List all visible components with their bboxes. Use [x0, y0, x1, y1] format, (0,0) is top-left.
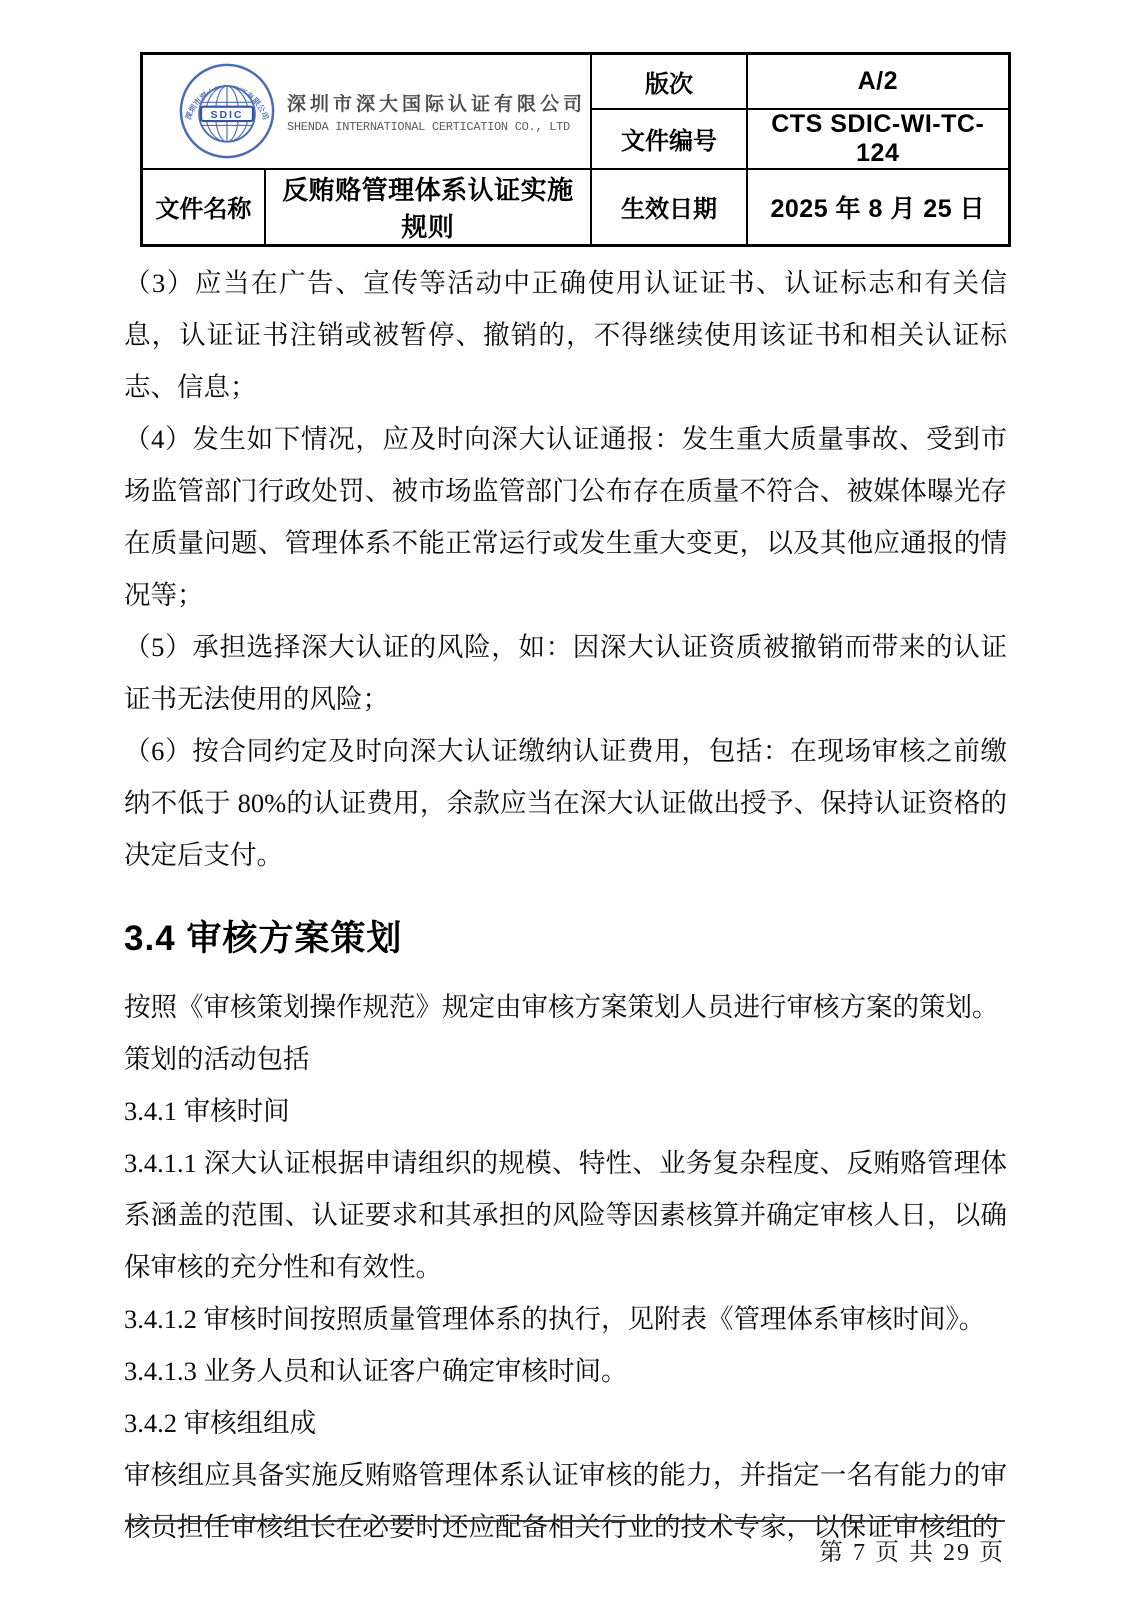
page-number: 第 7 页 共 29 页 [819, 1540, 1005, 1566]
paragraph-item-4: （4）发生如下情况，应及时向深大认证通报：发生重大质量事故、受到市场监管部门行政… [124, 413, 1007, 621]
company-identity: 深圳市深大国际认证有限公司 SDIC [147, 63, 586, 159]
effective-date-label: 生效日期 [591, 169, 747, 246]
company-logo-icon: 深圳市深大国际认证有限公司 SDIC [179, 63, 275, 159]
subsection-3-4-2: 3.4.2 审核组组成 [124, 1397, 1007, 1449]
paragraph-plan-activities: 策划的活动包括 [124, 1033, 1007, 1085]
paragraph-item-3: （3）应当在广告、宣传等活动中正确使用认证证书、认证标志和有关信息，认证证书注销… [124, 257, 1007, 413]
paragraph-audit-plan-intro: 按照《审核策划操作规范》规定由审核方案策划人员进行审核方案的策划。 [124, 981, 1007, 1033]
company-name-cn: 深圳市深大国际认证有限公司 [287, 89, 586, 116]
document-page: 深圳市深大国际认证有限公司 SDIC [0, 0, 1131, 1600]
document-body: （3）应当在广告、宣传等活动中正确使用认证证书、认证标志和有关信息，认证证书注销… [124, 257, 1007, 1553]
paragraph-3-4-1-1: 3.4.1.1 深大认证根据申请组织的规模、特性、业务复杂程度、反贿赂管理体系涵… [124, 1137, 1007, 1293]
company-name-en: SHENDA INTERNATIONAL CERTICATION CO., LT… [287, 120, 586, 134]
subsection-3-4-1: 3.4.1 审核时间 [124, 1085, 1007, 1137]
doc-number-value: CTS SDIC-WI-TC-124 [747, 109, 1009, 169]
doc-number-label: 文件编号 [591, 109, 747, 169]
logo-badge-text: SDIC [211, 109, 244, 121]
company-logo-cell: 深圳市深大国际认证有限公司 SDIC [142, 54, 592, 169]
doc-name-value: 反贿赂管理体系认证实施规则 [265, 169, 591, 246]
doc-name-label: 文件名称 [142, 169, 265, 246]
section-heading-3-4: 3.4 审核方案策划 [124, 911, 1007, 961]
effective-date-value: 2025 年 8 月 25 日 [747, 169, 1009, 246]
paragraph-item-6: （6）按合同约定及时向深大认证缴纳认证费用，包括：在现场审核之前缴纳不低于 80… [124, 725, 1007, 881]
document-header-table: 深圳市深大国际认证有限公司 SDIC [140, 52, 1011, 247]
paragraph-item-5: （5）承担选择深大认证的风险，如：因深大认证资质被撤销而带来的认证证书无法使用的… [124, 621, 1007, 725]
version-value: A/2 [747, 54, 1009, 109]
paragraph-3-4-1-2: 3.4.1.2 审核时间按照质量管理体系的执行，见附表《管理体系审核时间》。 [124, 1293, 1007, 1345]
version-label: 版次 [591, 54, 747, 109]
paragraph-3-4-1-3: 3.4.1.3 业务人员和认证客户确定审核时间。 [124, 1345, 1007, 1397]
page-footer: 第 7 页 共 29 页 [125, 1520, 1005, 1567]
